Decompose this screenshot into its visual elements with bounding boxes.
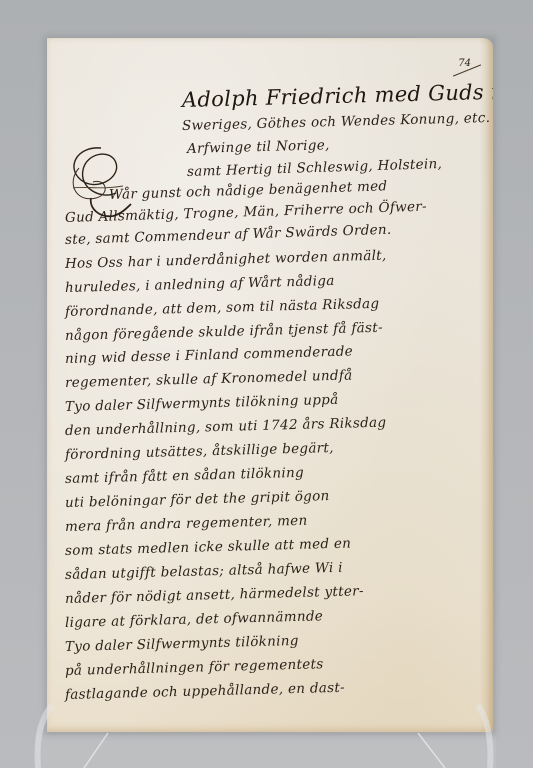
manuscript-line: samt ifrån fått en sådan tilökning xyxy=(65,465,304,487)
manuscript-line: mera från andra regementer, men xyxy=(65,513,308,535)
manuscript-line: Adolph Friedrich med Guds nåde, xyxy=(182,78,493,112)
manuscript-line: ligare at förklara, det ofwannämnde xyxy=(65,608,324,631)
manuscript-line: huruledes, i anledning af Wårt nådiga xyxy=(65,273,335,296)
manuscript-line: den underhållning, som uti 1742 års Riks… xyxy=(65,415,387,439)
manuscript-line: ste, samt Commendeur af Wår Swärds Orden… xyxy=(65,222,392,248)
manuscript-line: Sweriges, Göthes och Wendes Konung, etc.… xyxy=(182,109,493,134)
manuscript-line: nåder för nödigt ansett, härmedelst ytte… xyxy=(65,583,364,607)
manuscript-line: Wår gunst och nådige benägenhet med xyxy=(109,178,388,203)
manuscript-line: förordnande, att dem, som til nästa Riks… xyxy=(65,296,380,320)
manuscript-line: uti belöningar för det the gripit ögon xyxy=(65,488,330,511)
manuscript-line: förordning utsättes, åtskillige begärt, xyxy=(65,440,334,463)
manuscript-line: någon föregående skulde ifrån tjenst få … xyxy=(65,320,383,344)
manuscript-line: som stats medlen icke skulle att med en xyxy=(65,536,352,559)
manuscript-line: Arfwinge til Norige, xyxy=(187,137,330,157)
manuscript-line: Tyo daler Silfwermynts tilökning xyxy=(65,633,299,655)
manuscript-line: Tyo daler Silfwermynts tilökning uppå xyxy=(65,392,339,415)
handwritten-text-body: Adolph Friedrich med Guds nåde,Sweriges,… xyxy=(47,38,493,732)
manuscript-line: fastlagande och uppehållande, en dast- xyxy=(65,680,345,703)
manuscript-line: ning wid desse i Finland commenderade xyxy=(65,343,353,367)
manuscript-line: regementer, skulle af Kronomedel undfå xyxy=(65,367,353,391)
manuscript-page: 74 Adolph Friedrich med Guds nåde,Swerig… xyxy=(47,38,493,732)
manuscript-line: på underhållningen för regementets xyxy=(65,656,324,679)
manuscript-line: sådan utgifft belastas; altså hafwe Wi i xyxy=(65,560,343,583)
manuscript-line: samt Hertig til Schleswig, Holstein, xyxy=(187,156,443,180)
manuscript-line: Hos Oss har i underdånighet worden anmäl… xyxy=(65,248,387,272)
